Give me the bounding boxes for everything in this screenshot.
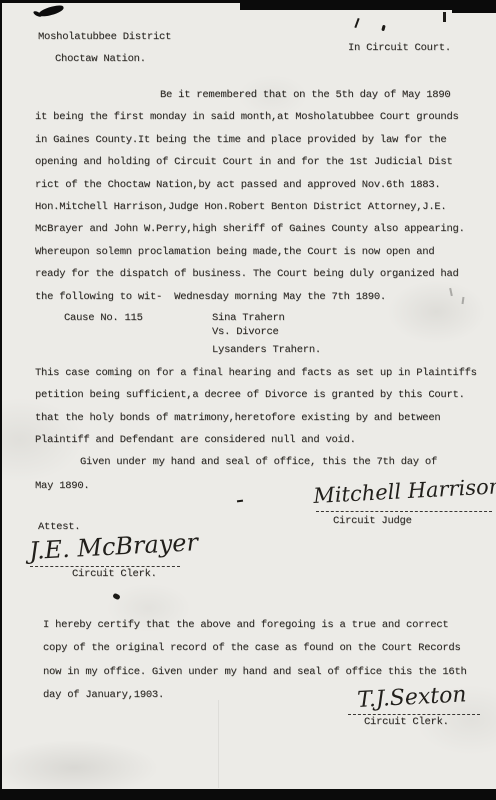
clerk-title: Circuit Clerk. xyxy=(72,568,157,580)
cert-clerk-signature: T.J.Sexton xyxy=(357,682,467,713)
typed-line: opening and holding of Circuit Court in … xyxy=(35,151,485,173)
typed-line: Be it remembered that on the 5th day of … xyxy=(35,84,485,106)
opening-paragraph: Be it remembered that on the 5th day of … xyxy=(35,84,485,308)
court-record-scanned-page: Mosholatubbee District Choctaw Nation. I… xyxy=(0,0,496,800)
typed-line: now in my office. Given under my hand an… xyxy=(43,661,483,684)
typed-line: the following to wit- Wednesday morning … xyxy=(35,286,485,308)
cause-plaintiff: Sina Trahern xyxy=(212,312,285,324)
judge-signature: Mitchell Harrison xyxy=(313,474,496,508)
typed-line: petition being sufficient,a decree of Di… xyxy=(35,384,490,406)
judge-title: Circuit Judge xyxy=(333,515,412,527)
cause-defendant: Lysanders Trahern. xyxy=(212,344,321,356)
cause-number: Cause No. 115 xyxy=(64,312,143,324)
clerk-signature-underline xyxy=(30,566,180,567)
typed-line: I hereby certify that the above and fore… xyxy=(43,614,483,637)
testimonium-line1: Given under my hand and seal of office, … xyxy=(35,456,437,468)
attest-label: Attest. xyxy=(38,521,80,533)
stray-dash-mark xyxy=(237,500,243,503)
typed-line: ready for the dispatch of business. The … xyxy=(35,263,485,285)
testimonium-line2: May 1890. xyxy=(35,480,89,492)
typed-line: McBrayer and John W.Perry,high sheriff o… xyxy=(35,218,485,240)
typed-line: in Gaines County.It being the time and p… xyxy=(35,129,485,151)
cause-versus: Vs. Divorce xyxy=(212,326,279,338)
typed-line: that the holy bonds of matrimony,heretof… xyxy=(35,407,490,429)
scan-bottom-edge-bar xyxy=(0,789,496,800)
clerk-signature: J.E. McBrayer xyxy=(29,528,199,565)
cert-clerk-title: Circuit Clerk. xyxy=(364,716,449,728)
decree-paragraph: This case coming on for a final hearing … xyxy=(35,362,490,452)
stray-tick-mark xyxy=(443,12,446,22)
typed-line: it being the first monday in said month,… xyxy=(35,106,485,128)
stray-slash-mark xyxy=(354,18,359,28)
stray-comma-mark xyxy=(381,25,385,32)
cert-clerk-signature-underline xyxy=(348,714,480,715)
typed-line: Hon.Mitchell Harrison,Judge Hon.Robert B… xyxy=(35,196,485,218)
fold-crease xyxy=(218,700,219,788)
nation-line: Choctaw Nation. xyxy=(55,53,146,65)
scan-top-corner-bar xyxy=(452,0,496,13)
judge-signature-underline xyxy=(316,511,492,512)
scan-left-edge-bar xyxy=(0,0,2,800)
typed-line: Whereupon solemn proclamation being made… xyxy=(35,241,485,263)
typed-line: copy of the original record of the case … xyxy=(43,637,483,660)
typed-line: Plaintiff and Defendant are considered n… xyxy=(35,429,490,451)
typed-line: This case coming on for a final hearing … xyxy=(35,362,490,384)
district-line: Mosholatubbee District xyxy=(38,31,171,43)
typed-line: rict of the Choctaw Nation,by act passed… xyxy=(35,174,485,196)
ink-spot-below-clerk xyxy=(112,593,121,601)
court-caption: In Circuit Court. xyxy=(348,42,451,54)
